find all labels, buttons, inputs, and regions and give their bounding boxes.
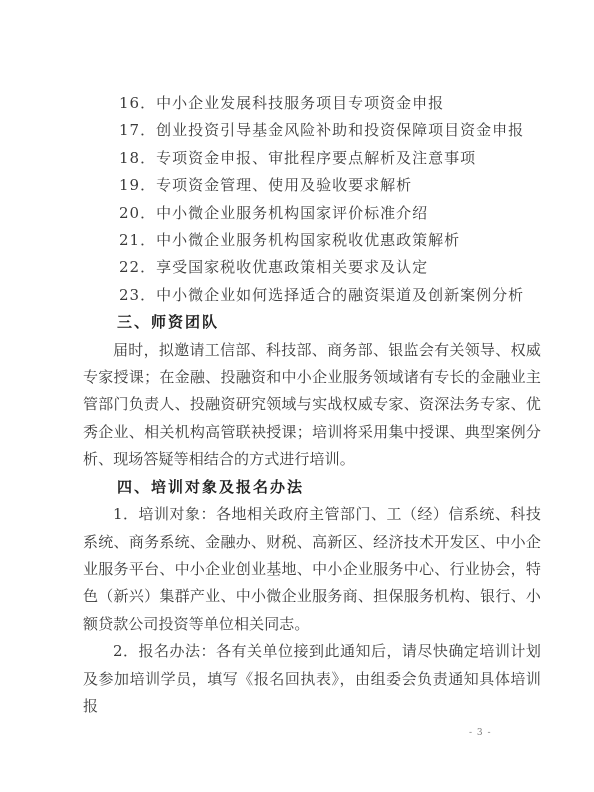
agenda-item: 21．中小微企业服务机构国家税收优惠政策解析 (83, 227, 541, 254)
document-page: 16．中小企业发展科技服务项目专项资金申报 17．创业投资引导基金风险补助和投资… (0, 0, 594, 792)
section-heading-enrollment: 四、培训对象及报名办法 (83, 474, 541, 501)
agenda-item: 18．专项资金申报、审批程序要点解析及注意事项 (83, 145, 541, 172)
section-heading-teachers: 三、师资团队 (83, 309, 541, 336)
page-number: - 3 - (469, 727, 492, 739)
agenda-item: 22．享受国家税收优惠政策相关要求及认定 (83, 254, 541, 281)
paragraph-teachers: 届时，拟邀请工信部、科技部、商务部、银监会有关领导、权威专家授课；在金融、投融资… (83, 337, 541, 474)
agenda-item: 20．中小微企业服务机构国家评价标准介绍 (83, 200, 541, 227)
paragraph-training-targets: 1．培训对象：各地相关政府主管部门、工（经）信系统、科技系统、商务系统、金融办、… (83, 501, 541, 638)
agenda-item: 23．中小微企业如何选择适合的融资渠道及创新案例分析 (83, 282, 541, 309)
agenda-item: 19．专项资金管理、使用及验收要求解析 (83, 172, 541, 199)
agenda-item: 16．中小企业发展科技服务项目专项资金申报 (83, 90, 541, 117)
document-body: 16．中小企业发展科技服务项目专项资金申报 17．创业投资引导基金风险补助和投资… (83, 90, 541, 720)
agenda-item: 17．创业投资引导基金风险补助和投资保障项目资金申报 (83, 117, 541, 144)
paragraph-registration-method: 2．报名办法：各有关单位接到此通知后，请尽快确定培训计划及参加培训学员，填写《报… (83, 638, 541, 720)
